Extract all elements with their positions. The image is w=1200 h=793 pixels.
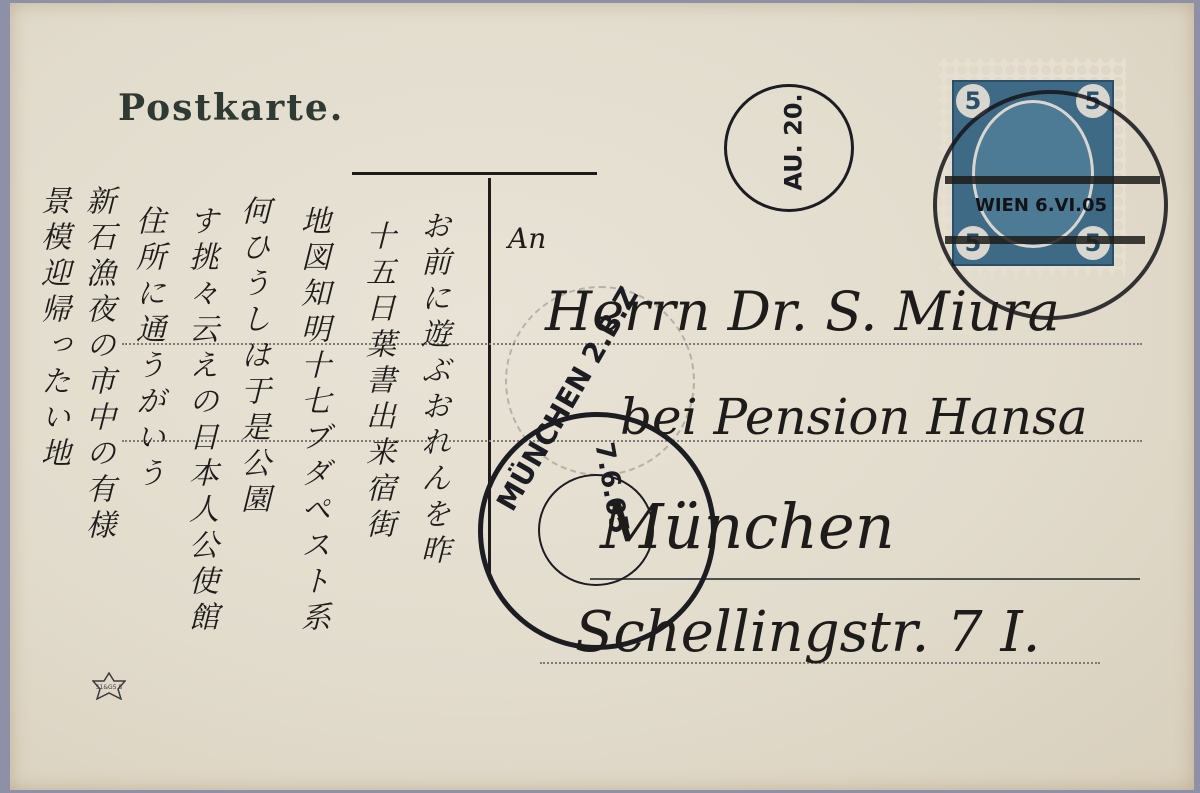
message-column-7: 新石漁夜の市中の有様: [75, 185, 119, 545]
message-column-3: 地図知明十七ブダペスト系: [290, 205, 334, 637]
cancel-bar-1: [945, 176, 1160, 184]
postcard-heading: Postkarte.: [118, 87, 344, 129]
address-city: München: [600, 490, 895, 563]
divider-horizontal: [352, 172, 597, 175]
address-prefix: An: [508, 222, 546, 255]
vienna-postmark-date: WIEN 6.VI.05: [975, 195, 1107, 216]
address-recipient: Herrn Dr. S. Miura: [545, 280, 1060, 343]
message-column-6: 住所に通うがいう: [125, 205, 169, 493]
message-column-8: 景模迎帰ったい地: [30, 185, 74, 473]
address-care-of: bei Pension Hansa: [620, 388, 1088, 446]
cancel-bar-2: [945, 236, 1145, 244]
address-street: Schellingstr. 7 I.: [575, 600, 1040, 665]
svg-text:S1&G5 8: S1&G5 8: [96, 684, 123, 691]
message-column-1: お前に遊ぶおれんを昨: [410, 210, 454, 570]
message-column-5: す挑々云えの日本人公使館: [178, 205, 222, 637]
message-column-4: 何ひうしは于是公園: [230, 195, 274, 519]
arrival-postmark-text: AU. 20.: [780, 93, 808, 190]
message-column-2: 十五日葉書出来宿街: [355, 220, 399, 544]
publisher-star-logo: S1&G5 8: [92, 672, 126, 700]
